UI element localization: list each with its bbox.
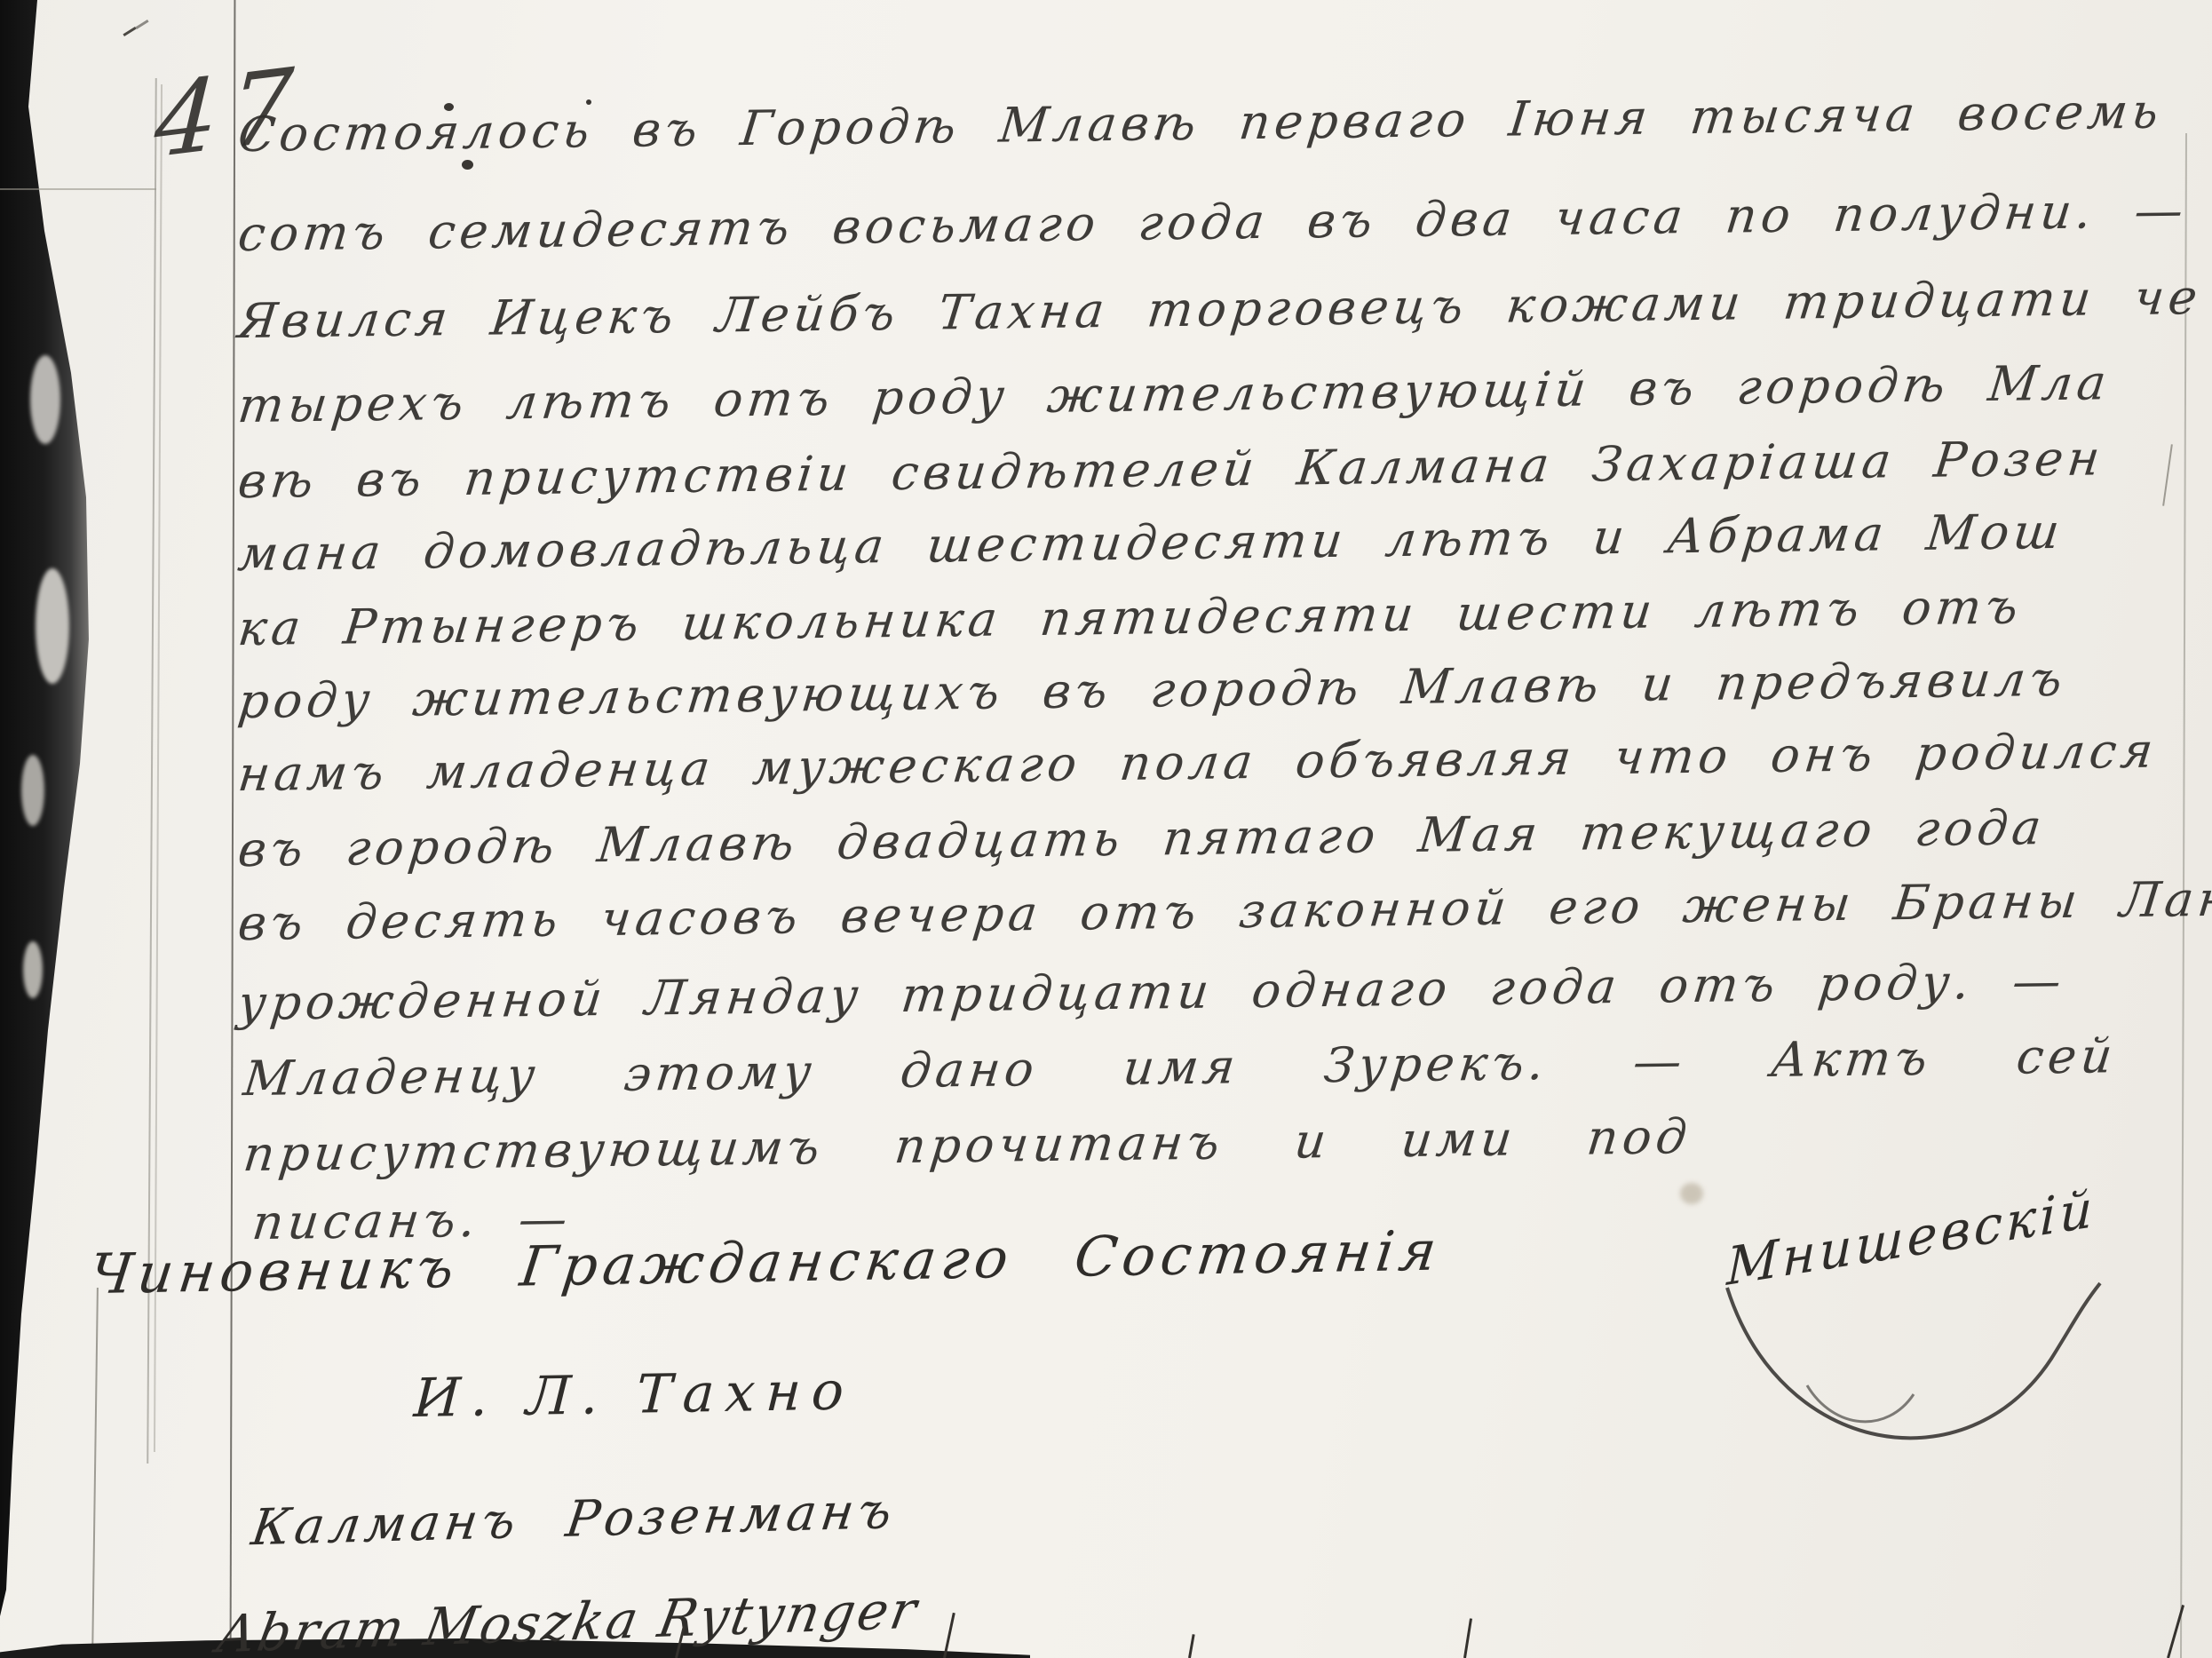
scan-mark <box>135 20 148 29</box>
binding-highlight <box>36 568 69 684</box>
page-edge-line <box>91 1288 99 1658</box>
page-right-edge-mark <box>2162 444 2173 506</box>
margin-rule-line <box>230 0 236 1658</box>
book-binding-edge <box>0 0 98 1658</box>
page-crease <box>0 188 156 190</box>
manuscript-line: вѣ въ присутствіи свидѣтелей Калмана Зах… <box>235 430 2107 509</box>
manuscript-line: тырехъ лѣтъ отъ роду жительствующій въ г… <box>235 354 2113 433</box>
paper-stain <box>1680 1183 1703 1204</box>
manuscript-line: мана домовладѣльца шестидесяти лѣтъ и Аб… <box>235 504 2066 582</box>
witness-signature-2: Abram Moszka Rytynger <box>213 1579 924 1658</box>
scanned-document-page: 47 Состоялось въ Городѣ Млавѣ перваго Ію… <box>0 0 2212 1658</box>
manuscript-line: въ десять часовъ вечера отъ законной его… <box>235 871 2212 952</box>
scan-mark <box>123 27 136 36</box>
cropped-stroke <box>943 1613 955 1658</box>
manuscript-line: роду жительствующихъ въ городѣ Млавѣ и п… <box>235 651 2069 729</box>
signature-flourish <box>1701 1279 2109 1492</box>
cropped-stroke <box>1463 1618 1472 1658</box>
manuscript-line: въ городѣ Млавѣ двадцать пятаго Мая теку… <box>235 799 2049 877</box>
manuscript-line: урожденной Ляндау тридцати однаго года о… <box>235 953 2068 1031</box>
manuscript-line: Явился Ицекъ Лейбъ Тахна торговецъ кожам… <box>235 269 2205 349</box>
ink-speck <box>462 160 473 170</box>
binding-highlight <box>30 355 60 444</box>
binding-highlight <box>21 755 44 826</box>
manuscript-line: сотъ семидесятъ восьмаго года въ два час… <box>235 182 2190 262</box>
binding-highlight <box>23 941 43 998</box>
father-signature: И. Л. Тахно <box>412 1360 856 1430</box>
manuscript-line: Младенцу этому дано имя Зурекъ. — Актъ с… <box>241 1027 2120 1107</box>
manuscript-line: Состоялось въ Городѣ Млавѣ перваго Іюня … <box>235 83 2166 163</box>
witness-signature-1: Калманъ Розенманъ <box>248 1482 900 1557</box>
cropped-stroke <box>1188 1634 1195 1658</box>
manuscript-line: присутствующимъ прочитанъ и ими под <box>241 1108 1694 1182</box>
manuscript-line: ка Ртынгеръ школьника пятидесяти шести л… <box>235 578 2026 656</box>
manuscript-line: намъ младенца мужескаго пола объявляя чт… <box>235 723 2160 802</box>
